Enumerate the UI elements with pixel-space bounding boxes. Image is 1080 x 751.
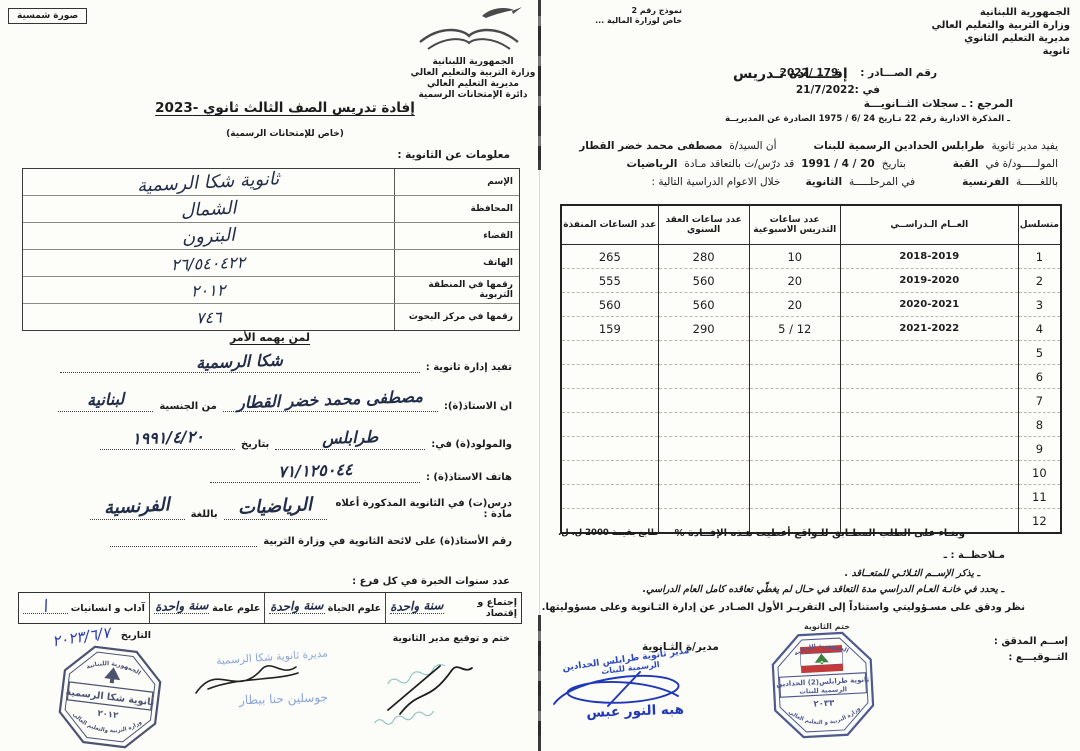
blue-signature-block: مدير ثانوية طرابلس الحدادين الرسمية للبن… (544, 656, 694, 720)
tripoli-stamp-block: ختم الثانوية (768, 622, 878, 744)
birthplace-value: القبة (953, 158, 979, 170)
cell-serial: 2 (1018, 269, 1061, 293)
form-number-note: نموذج رقم 2 خاص لوزارة المالية ... (582, 6, 682, 26)
table-row: 32020-202120560560 (561, 293, 1061, 317)
secondary-signature-icon (368, 648, 488, 740)
school-line-value: شكا الرسمية (196, 352, 283, 371)
cell-year: 2019-2020 (840, 269, 1018, 293)
cell-executed (561, 485, 658, 509)
info-label-district: القضاء (394, 223, 519, 249)
certificate-title: إفـــــادة تـدريس (733, 66, 848, 82)
to-whom-heading: لمن يهمه الأمر (0, 331, 540, 344)
born-line: والمولود(ة) في: طرابلس بتاريخ ١٩٩١/٤/٢٠ (25, 433, 512, 450)
nationality-value: لبنانية (87, 391, 125, 408)
cell-year: 2018-2019 (840, 245, 1018, 269)
school-info-label: معلومات عن الثانوية : (397, 149, 510, 161)
auditor-signature-label: التــوقيـــع : (1008, 652, 1068, 663)
photo-box-label: صورة شمسية (17, 11, 78, 21)
cell-year (840, 437, 1018, 461)
cell-weekly (749, 389, 840, 413)
certify-text: المولـــــود/ة في (986, 158, 1058, 170)
cell-weekly (749, 485, 840, 509)
experience-cell-label: علوم الحياة (328, 603, 381, 614)
left-header-block: الجمهورية اللبنانية وزارة التربية والتعل… (398, 57, 548, 101)
cell-annual: 560 (658, 269, 749, 293)
cell-executed: 265 (561, 245, 658, 269)
subject-line-value: الرياضيات (238, 496, 313, 518)
info-label-research-number: رقمها في مركز البحوث (394, 304, 519, 330)
note-line-2: ـ يحدد في خانـة العـام الدراسي مدة التعا… (643, 584, 1004, 595)
cell-annual: 560 (658, 293, 749, 317)
school-info-table: الإسم ثانوية شكا الرسمية المحافظة الشمال… (22, 168, 520, 331)
right-header-line-3: مديرية التعليم الثانوي (932, 32, 1070, 45)
cell-serial: 1 (1018, 245, 1061, 269)
left-header-line-3: مديرية التعليم العالي (398, 79, 548, 90)
nationality-label: من الجنسية (159, 401, 216, 412)
form-ministry-line: خاص لوزارة المالية ... (582, 16, 682, 26)
cell-weekly: 12 / 5 (749, 317, 840, 341)
form-number-line: نموذج رقم 2 (582, 6, 682, 16)
right-header-line-1: الجمهورية اللبنانية (932, 6, 1070, 19)
cell-annual: 280 (658, 245, 749, 269)
cell-serial: 5 (1018, 341, 1061, 365)
cell-serial: 3 (1018, 293, 1061, 317)
scanned-teaching-certificate: صورة شمسية الجمهورية اللبنانية وزارة الت… (0, 0, 1080, 751)
language-label: باللغة (191, 509, 218, 520)
col-serial: متسلسل (1018, 205, 1061, 245)
table-row: 5 (561, 341, 1061, 365)
cell-serial: 12 (1018, 509, 1061, 534)
certify-line-1: يفيد مدير ثانوية طرابلس الحدادين الرسمية… (579, 140, 1058, 152)
cell-weekly: 20 (749, 269, 840, 293)
certify-text: أن السيد/ة (729, 140, 776, 152)
cell-year (840, 389, 1018, 413)
info-value-district-number: ٢٠١٢ (191, 282, 226, 299)
left-page-title: إفادة تدريس الصف الثالث ثانوي -2023 (105, 100, 465, 116)
table-row: المحافظة الشمال (23, 195, 519, 222)
note-heading: مـلاحظــة : ـ (944, 550, 1005, 561)
stamp-number: ٢٠٣٣ (813, 698, 835, 709)
cell-serial: 6 (1018, 365, 1061, 389)
reference-line: المرجع : ـ سجلات الثــانويـــة (864, 98, 1013, 110)
cell-annual (658, 413, 749, 437)
experience-strip: إجتماع و إقتصاد سنة واحدة علوم الحياة سن… (18, 592, 522, 624)
certify-text: خلال الاعوام الدراسية التالية : (651, 176, 780, 188)
info-label-phone: الهاتف (394, 250, 519, 276)
teacher-name-value: مصطفى محمد خضر القطار (579, 140, 722, 152)
blue-signature-name: هبه النور عبس (544, 702, 684, 723)
table-row: 11 (561, 485, 1061, 509)
language-value: الفرنسية (104, 496, 171, 517)
cell-year (840, 341, 1018, 365)
seal-signature-label: ختم و توقيع مدير الثانوية (393, 633, 510, 644)
experience-cell-socio-econ: إجتماع و إقتصاد سنة واحدة (385, 593, 521, 623)
tripoli-octagon-stamp: الجمهورية اللبنانية ثانوية طرابلس(2) الح… (765, 625, 881, 747)
teacher-phone-line: هاتف الاستاذ(ة) : ٧١/١٢٥٠٤٤ (210, 466, 512, 483)
teacher-phone-label: هاتف الاستاذ(ة) : (426, 472, 512, 483)
certify-text: قد درّس/ت بالتعاقد مـادة (684, 158, 794, 170)
school-line-label: تفيد إدارة ثانوية : (426, 362, 512, 373)
born-line-label: والمولود(ة) في: (431, 439, 512, 450)
info-value-district: البترون (181, 226, 235, 247)
info-label-name: الإسم (394, 169, 519, 195)
table-row: 10 (561, 461, 1061, 485)
left-header-line-1: الجمهورية اللبنانية (398, 57, 548, 68)
stamp-number: ٢٠١٢ (97, 709, 120, 722)
verified-line: نظر ودقق على مسـؤوليتي واستناداً إلى الت… (542, 602, 1025, 613)
cell-weekly (749, 365, 840, 389)
table-header-row: متسلسل العــام الـدراســي عدد ساعات التد… (561, 205, 1061, 245)
cell-executed (561, 437, 658, 461)
certify-text: باللغــــــة (1016, 176, 1058, 188)
cell-weekly: 10 (749, 245, 840, 269)
experience-cell-value: سنة واحدة (390, 599, 444, 611)
cell-year (840, 365, 1018, 389)
certify-line-2: المولـــــود/ة في القبة بتاريخ 20 / 4 / … (626, 158, 1058, 170)
born-line-value: طرابلس (322, 429, 379, 447)
cell-serial: 8 (1018, 413, 1061, 437)
cell-year (840, 413, 1018, 437)
school-octagon-stamp: الجمهورية اللبنانية ثانوية شكا الرسمية ٢… (52, 639, 168, 751)
table-row: الهاتف ٢٦/٥٤٠٤٢٢ (23, 249, 519, 276)
info-value-governorate: الشمال (180, 199, 236, 220)
cell-executed (561, 389, 658, 413)
cell-annual (658, 389, 749, 413)
table-row: 12018-201910280265 (561, 245, 1061, 269)
experience-cell-label: إجتماع و إقتصاد (447, 597, 517, 619)
birthdate-value: 20 / 4 / 1991 (801, 158, 874, 170)
cell-year: 2021-2022 (840, 317, 1018, 341)
granted-line: وبنـاء على الطلب المطـابق للـواقع أعطيت … (675, 528, 965, 539)
subject-line: درس(ت) في الثانوية المذكورة أعلاه مادة :… (90, 498, 512, 520)
certify-text: في المرحلـــــة (849, 176, 915, 188)
right-header-line-4: ثانوية (932, 45, 1070, 58)
right-header-line-2: وزارة التربية والتعليم العالي (932, 19, 1070, 32)
cell-annual (658, 437, 749, 461)
certify-text: يفيد مدير ثانوية (992, 140, 1058, 152)
teacher-line-value: مصطفى محمد خضر القطار (237, 389, 423, 411)
cell-annual (658, 341, 749, 365)
cell-annual (658, 461, 749, 485)
info-value-name: ثانوية شكا الرسمية (137, 170, 280, 195)
teacher-phone-value: ٧١/١٢٥٠٤٤ (277, 462, 352, 481)
cell-executed (561, 413, 658, 437)
school-line: تفيد إدارة ثانوية : شكا الرسمية (60, 356, 512, 373)
right-page: الجمهورية اللبنانية وزارة التربية والتعل… (540, 0, 1080, 751)
experience-cell-life-science: علوم الحياة سنة واحدة (264, 593, 385, 623)
birthdate-label: بتاريخ (241, 439, 269, 450)
experience-cell-value: / (41, 598, 50, 609)
experience-cell-value: سنة واحدة (270, 599, 324, 611)
subject-line-label: درس(ت) في الثانوية المذكورة أعلاه مادة : (333, 498, 512, 520)
right-header-block: الجمهورية اللبنانية وزارة التربية والتعل… (932, 6, 1070, 58)
table-row: الإسم ثانوية شكا الرسمية (23, 169, 519, 195)
table-row: 22019-202020560555 (561, 269, 1061, 293)
cell-executed: 560 (561, 293, 658, 317)
cell-weekly (749, 437, 840, 461)
note-line-1: ـ يذكر الإســم الثـلاثـي للمتعــاقد . (845, 568, 980, 579)
cell-annual (658, 365, 749, 389)
experience-cell-label: علوم عامة (212, 603, 260, 614)
left-page: صورة شمسية الجمهورية اللبنانية وزارة الت… (0, 0, 540, 751)
certify-line-3: باللغــــــة الفرنسية في المرحلـــــة ال… (651, 176, 1058, 188)
language-value: الفرنسية (962, 176, 1009, 188)
col-executed-hours: عدد الساعات المنفذة (561, 205, 658, 245)
cell-year (840, 485, 1018, 509)
birthdate-value: ١٩٩١/٤/٢٠ (131, 429, 203, 447)
certify-text: بتاريخ (882, 158, 906, 170)
cell-executed (561, 365, 658, 389)
memo-line: ـ المذكرة الادارية رقم 22 تـاريخ 24 /6 /… (725, 114, 1010, 124)
cell-weekly (749, 461, 840, 485)
experience-cell-label: آداب و انسانيات (71, 603, 145, 614)
cell-annual: 290 (658, 317, 749, 341)
col-annual-contract-hours: عدد ساعات العقد السنوي (658, 205, 749, 245)
teaching-years-table: متسلسل العــام الـدراســي عدد ساعات التد… (560, 204, 1062, 534)
auditor-name-label: إســم المدقق : (994, 636, 1068, 647)
table-row: القضاء البترون (23, 222, 519, 249)
teacher-line-label: ان الاستاذ(ة): (444, 401, 512, 412)
info-label-governorate: المحافظة (394, 196, 519, 222)
ministry-logo-icon (412, 4, 528, 56)
cell-executed: 159 (561, 317, 658, 341)
table-row: رقمها في مركز البحوث ٧٤٦ (23, 303, 519, 330)
left-page-subtitle: (خاص للإمتحانات الرسمية) (105, 129, 465, 139)
date-label: التاريخ (121, 630, 151, 641)
table-row: رقمها في المنطقة التربوية ٢٠١٢ (23, 276, 519, 303)
cell-serial: 11 (1018, 485, 1061, 509)
col-weekly-hours: عدد ساعات التدريس الاسبوعية (749, 205, 840, 245)
table-row: 9 (561, 437, 1061, 461)
left-header-line-2: وزارة التربية والتعليم العالي (398, 68, 548, 79)
list-number-label: رقم الأستاذ(ة) على لائحة الثانوية في وزا… (263, 536, 512, 547)
cell-serial: 7 (1018, 389, 1061, 413)
table-row: 6 (561, 365, 1061, 389)
cell-executed: 555 (561, 269, 658, 293)
table-row: 7 (561, 389, 1061, 413)
experience-cell-value: سنة واحدة (155, 599, 209, 611)
subject-value: الرياضيات (626, 158, 677, 170)
cell-serial: 9 (1018, 437, 1061, 461)
experience-label: عدد سنوات الخبرة في كل فرع : (352, 576, 510, 587)
issue-number-label: رقم الصـــادر : (860, 67, 937, 79)
info-value-research-number: ٧٤٦ (195, 309, 221, 326)
stage-value: الثانوية (805, 176, 842, 188)
issue-date-line: في :21/7/2022 (796, 84, 880, 96)
list-number-line: رقم الأستاذ(ة) على لائحة الثانوية في وزا… (110, 533, 512, 547)
cell-weekly (749, 413, 840, 437)
cell-weekly (749, 341, 840, 365)
cell-executed (561, 461, 658, 485)
cell-weekly: 20 (749, 293, 840, 317)
cell-annual (658, 485, 749, 509)
teacher-line: ان الاستاذ(ة): مصطفى محمد خضر القطار من … (25, 395, 512, 412)
info-label-district-number: رقمها في المنطقة التربوية (394, 277, 519, 303)
col-year: العــام الـدراســي (840, 205, 1018, 245)
stamp-fee-note: طابع بقيمة 2000 ل. ل. (558, 528, 659, 538)
cell-executed (561, 341, 658, 365)
cell-year (840, 461, 1018, 485)
school-name-value: طرابلس الحدادين الرسمية للبنات (814, 140, 985, 152)
director-stamp-block: مديرة ثانوية شكا الرسمية جوسلين حنا بيطا… (168, 653, 328, 707)
cell-serial: 4 (1018, 317, 1061, 341)
cell-year: 2020-2021 (840, 293, 1018, 317)
experience-cell-humanities: آداب و انسانيات / (19, 593, 149, 623)
table-row: 8 (561, 413, 1061, 437)
table-row: 42021-202212 / 5290159 (561, 317, 1061, 341)
cell-serial: 10 (1018, 461, 1061, 485)
info-value-phone: ٢٦/٥٤٠٤٢٢ (171, 254, 246, 273)
experience-cell-general-science: علوم عامة سنة واحدة (149, 593, 265, 623)
photo-box: صورة شمسية (8, 8, 87, 24)
